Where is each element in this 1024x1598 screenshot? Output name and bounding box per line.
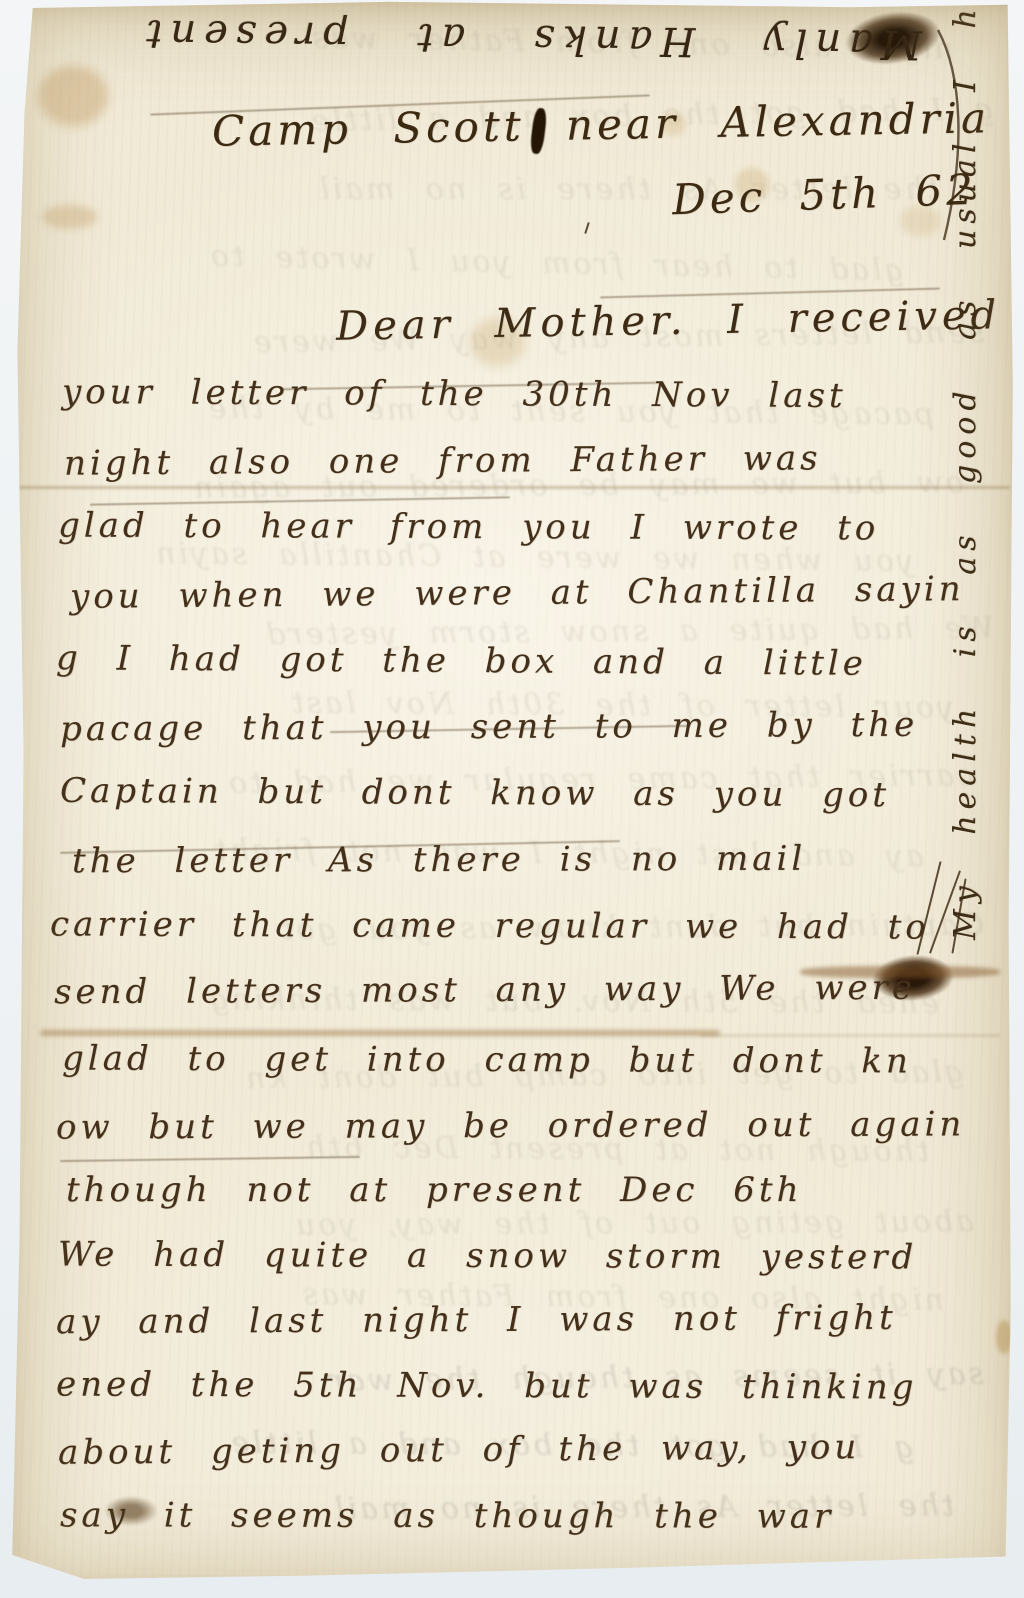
letter-line: your letter of the 30th Nov last xyxy=(62,372,847,416)
letter-line: say it seems as though the war xyxy=(60,1495,834,1536)
letter-line: though not at present Dec 6th xyxy=(66,1170,802,1210)
letter-line: the letter As there is no mail xyxy=(72,839,806,882)
age-stain xyxy=(996,1320,1012,1354)
salutation-line: Dear Mother. I received xyxy=(336,292,1002,350)
fold-crease xyxy=(0,486,1010,489)
margin-note-vertical: My health is as good as usual I have got xyxy=(948,0,983,940)
letter-line: night also one from Father was xyxy=(64,438,822,483)
letter-line: g I had got the box and a little xyxy=(56,638,867,684)
letter-line: about geting out of the way, you xyxy=(58,1427,860,1473)
heading-place-line: Camp Scott near Alexandria xyxy=(212,93,991,156)
letter-line: ow but we may be ordered out again xyxy=(56,1104,965,1147)
letter-line: send letters most any way We were xyxy=(54,968,916,1013)
letter-line: glad to get into camp but dont kn xyxy=(62,1039,912,1082)
fold-crease xyxy=(40,1030,720,1036)
letter-line: pacage that you sent to me by the xyxy=(60,705,918,749)
letter-line: Captain but dont know as you got xyxy=(60,771,890,815)
age-stain xyxy=(42,205,97,229)
letter-page: night also one from Father was g I had g… xyxy=(0,0,1024,1598)
letter-line: glad to hear from you I wrote to xyxy=(58,506,879,549)
ink-scratch xyxy=(584,222,590,234)
age-stain xyxy=(38,66,108,126)
scan-background: night also one from Father was g I had g… xyxy=(0,0,1024,1598)
pen-stroke xyxy=(60,1156,360,1162)
inverted-top-note: Manly Hanks at present xyxy=(150,11,923,68)
pen-stroke xyxy=(90,496,510,505)
letter-line: carrier that came regular we had to xyxy=(50,904,930,947)
fold-crease xyxy=(700,1034,1000,1037)
letter-line: ened the 5th Nov. but was thinking xyxy=(56,1364,918,1407)
letter-line: ay and last night I was not fright xyxy=(56,1298,897,1342)
bleedthrough-text: glad to hear from you I wrote to xyxy=(208,239,905,289)
letter-line: you when we were at Chantilla sayin xyxy=(70,569,965,617)
letter-line: We had quite a snow storm yesterd xyxy=(58,1235,917,1278)
